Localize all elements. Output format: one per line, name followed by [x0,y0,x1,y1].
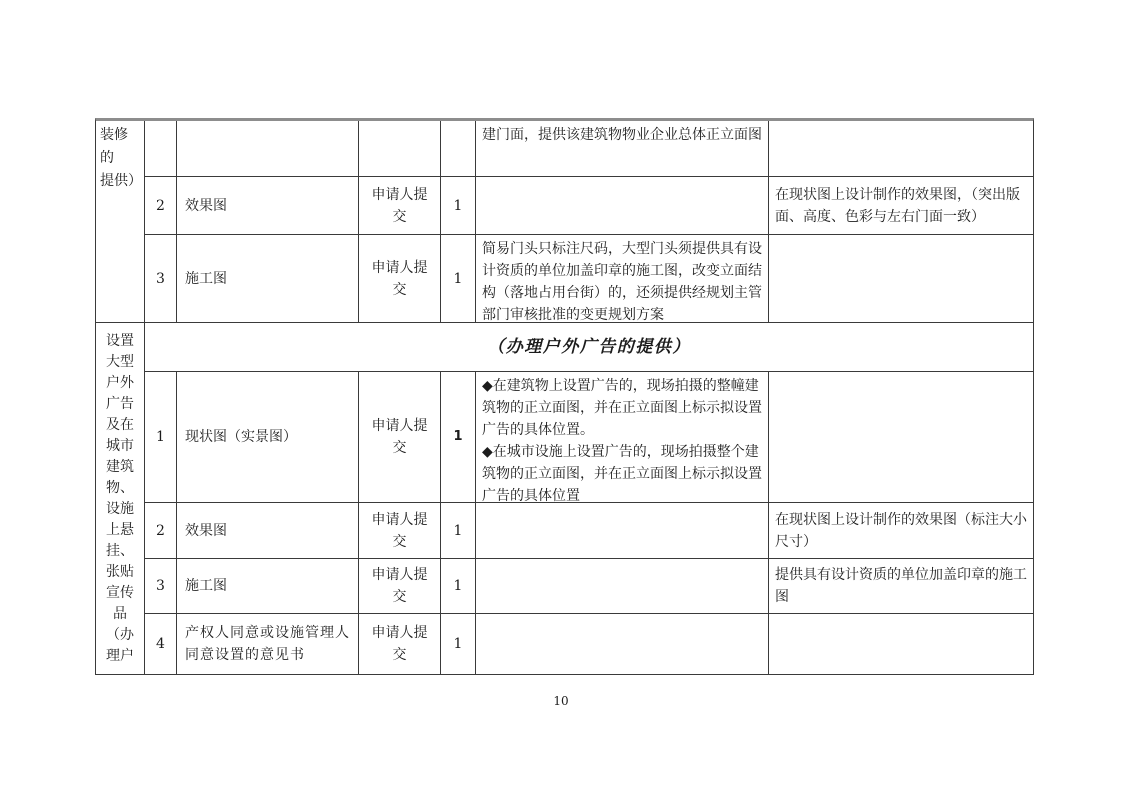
source-text: 申请人提交 [369,622,431,666]
cell-count: 1 [441,614,476,674]
source-text: 申请人提交 [369,415,431,459]
material-name-text: 效果图 [185,195,350,217]
cell-material-name: 效果图 [177,503,359,559]
cell-source [359,121,441,177]
cell-count: 1 [441,235,476,323]
cell-source: 申请人提交 [359,372,441,503]
cell-count: 1 [441,177,476,235]
cell-material-name: 效果图 [177,177,359,235]
cell-material-name: 现状图（实景图） [177,372,359,503]
cell-remark: 在现状图上设计制作的效果图（标注大小尺寸） [769,503,1033,559]
cell-seq: 3 [145,559,177,614]
cell-remark [769,235,1033,323]
cell-remark: 在现状图上设计制作的效果图，（突出版面、高度、色彩与左右门面一致） [769,177,1033,235]
cell-requirement: ◆在建筑物上设置广告的，现场拍摄的整幢建筑物的正立面图，并在正立面图上标示拟设置… [476,372,769,503]
page-number: 10 [0,694,1122,708]
cell-source: 申请人提交 [359,559,441,614]
cell-requirement [476,559,769,614]
remark-text: 在现状图上设计制作的效果图（标注大小尺寸） [775,509,1027,553]
cell-source: 申请人提交 [359,614,441,674]
cell-material-name: 施工图 [177,559,359,614]
cell-seq: 4 [145,614,177,674]
cell-remark [769,614,1033,674]
cell-requirement [476,614,769,674]
cell-source: 申请人提交 [359,177,441,235]
cell-count [441,121,476,177]
cell-material-name [177,121,359,177]
requirements-table: 装修的 提供） 建门面，提供该建筑物物业企业总体正立面图 2 效果图 申请人提交… [95,118,1034,675]
cell-seq [145,121,177,177]
cell-seq: 2 [145,503,177,559]
material-name-text: 施工图 [185,268,350,290]
category-cell-outdoor-ads: 设置 大型 户外 广告 及在 城市 建筑 物、 设施 上悬 挂、 张贴 宣传 品… [96,323,145,674]
cell-count: 1 [441,503,476,559]
cell-requirement [476,177,769,235]
cell-seq: 1 [145,372,177,503]
remark-text: 提供具有设计资质的单位加盖印章的施工图 [775,564,1027,608]
cell-seq: 2 [145,177,177,235]
material-name-text: 产权人同意或设施管理人同意设置的意见书 [185,622,350,666]
cell-source: 申请人提交 [359,235,441,323]
cell-count: 1 [441,372,476,503]
source-text: 申请人提交 [369,184,431,228]
cell-requirement [476,503,769,559]
document-page: 装修的 提供） 建门面，提供该建筑物物业企业总体正立面图 2 效果图 申请人提交… [0,0,1122,793]
category-cell-decoration: 装修的 提供） [96,121,145,323]
cell-material-name: 施工图 [177,235,359,323]
material-name-text: 现状图（实景图） [185,426,350,448]
source-text: 申请人提交 [369,257,431,301]
cell-count: 1 [441,559,476,614]
cell-material-name: 产权人同意或设施管理人同意设置的意见书 [177,614,359,674]
material-name-text: 施工图 [185,575,350,597]
source-text: 申请人提交 [369,509,431,553]
cell-requirement: 建门面，提供该建筑物物业企业总体正立面图 [476,121,769,177]
cell-remark [769,121,1033,177]
cell-seq: 3 [145,235,177,323]
cell-source: 申请人提交 [359,503,441,559]
section-header-outdoor-ads: （办理户外广告的提供） [145,323,1033,372]
remark-text: 在现状图上设计制作的效果图，（突出版面、高度、色彩与左右门面一致） [775,184,1027,228]
cell-remark: 提供具有设计资质的单位加盖印章的施工图 [769,559,1033,614]
source-text: 申请人提交 [369,564,431,608]
cell-requirement: 简易门头只标注尺码，大型门头须提供具有设计资质的单位加盖印章的施工图，改变立面结… [476,235,769,323]
cell-remark [769,372,1033,503]
material-name-text: 效果图 [185,520,350,542]
